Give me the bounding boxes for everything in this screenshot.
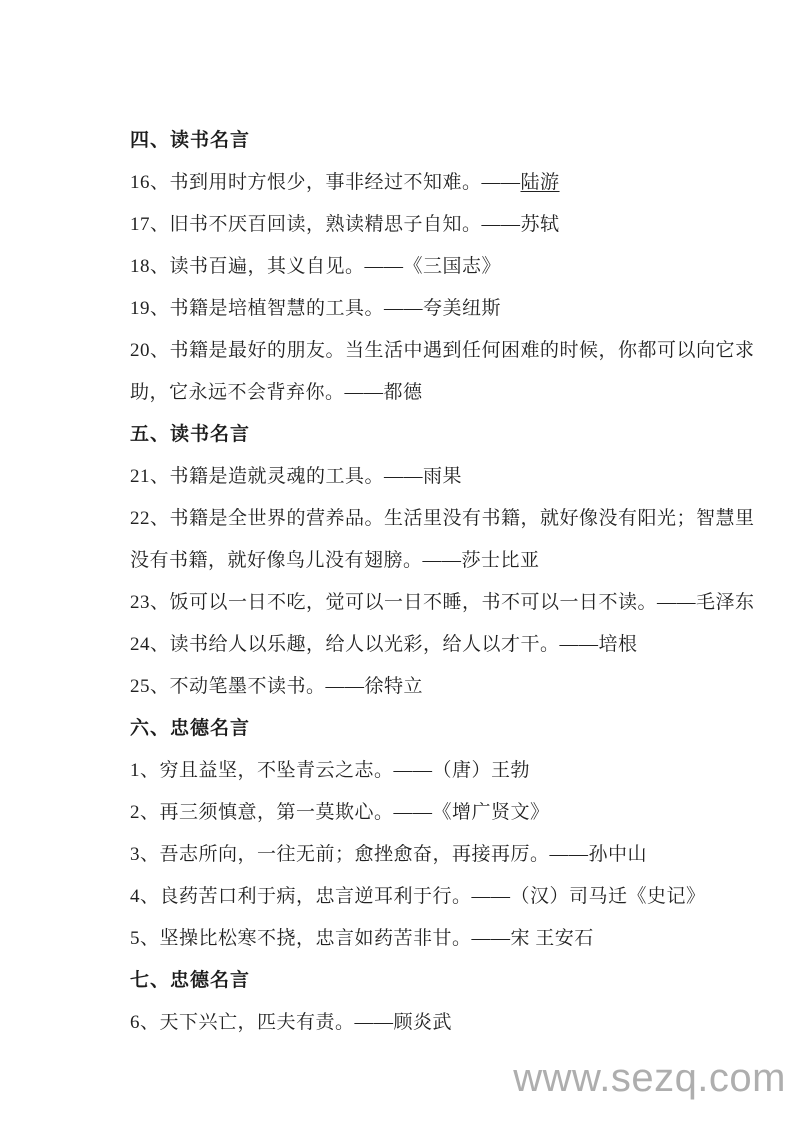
- section-heading: 七、忠德名言: [130, 960, 790, 1002]
- quote-line: 20、书籍是最好的朋友。当生活中遇到任何困难的时候，你都可以向它求 助，它永远不…: [130, 330, 790, 414]
- quote-text: 16、书到用时方恨少，事非经过不知难。——: [130, 172, 521, 193]
- quote-line: 2、再三须慎意，第一莫欺心。——《增广贤文》: [130, 792, 790, 834]
- quote-line: 17、旧书不厌百回读，熟读精思子自知。——苏轼: [130, 204, 790, 246]
- quote-line: 23、饭可以一日不吃，觉可以一日不睡，书不可以一日不读。——毛泽东: [130, 582, 790, 624]
- document-page: 四、读书名言 16、书到用时方恨少，事非经过不知难。——陆游 17、旧书不厌百回…: [0, 0, 800, 1132]
- quote-line: 21、书籍是造就灵魂的工具。——雨果: [130, 456, 790, 498]
- section-heading: 六、忠德名言: [130, 708, 790, 750]
- quote-line: 4、良药苦口利于病，忠言逆耳利于行。——（汉）司马迁《史记》: [130, 876, 790, 918]
- section-heading: 四、读书名言: [130, 120, 790, 162]
- quote-line: 3、吾志所向，一往无前；愈挫愈奋，再接再厉。——孙中山: [130, 834, 790, 876]
- quote-line: 18、读书百遍，其义自见。——《三国志》: [130, 246, 790, 288]
- quote-line: 6、天下兴亡，匹夫有责。——顾炎武: [130, 1002, 790, 1044]
- quote-line: 5、坚操比松寒不挠，忠言如药苦非甘。——宋 王安石: [130, 918, 790, 960]
- underlined-author: 陆游: [521, 172, 560, 193]
- quote-line: 25、不动笔墨不读书。——徐特立: [130, 666, 790, 708]
- quote-line: 1、穷且益坚，不坠青云之志。——（唐）王勃: [130, 750, 790, 792]
- section-heading: 五、读书名言: [130, 414, 790, 456]
- quote-line: 22、书籍是全世界的营养品。生活里没有书籍，就好像没有阳光；智慧里 没有书籍，就…: [130, 498, 790, 582]
- watermark: www.sezq.com: [513, 1056, 786, 1101]
- quote-line: 16、书到用时方恨少，事非经过不知难。——陆游: [130, 162, 790, 204]
- quote-line: 19、书籍是培植智慧的工具。——夸美纽斯: [130, 288, 790, 330]
- quote-line: 24、读书给人以乐趣，给人以光彩，给人以才干。——培根: [130, 624, 790, 666]
- document-content: 四、读书名言 16、书到用时方恨少，事非经过不知难。——陆游 17、旧书不厌百回…: [130, 120, 790, 1044]
